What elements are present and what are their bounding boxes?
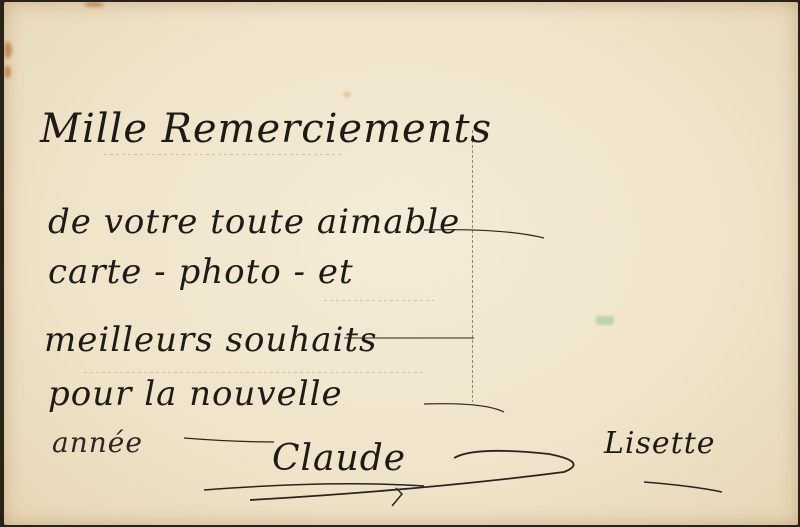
signature-flourish bbox=[4, 2, 798, 525]
postcard-back: Mille Remerciements de votre toute aimab… bbox=[4, 2, 798, 525]
